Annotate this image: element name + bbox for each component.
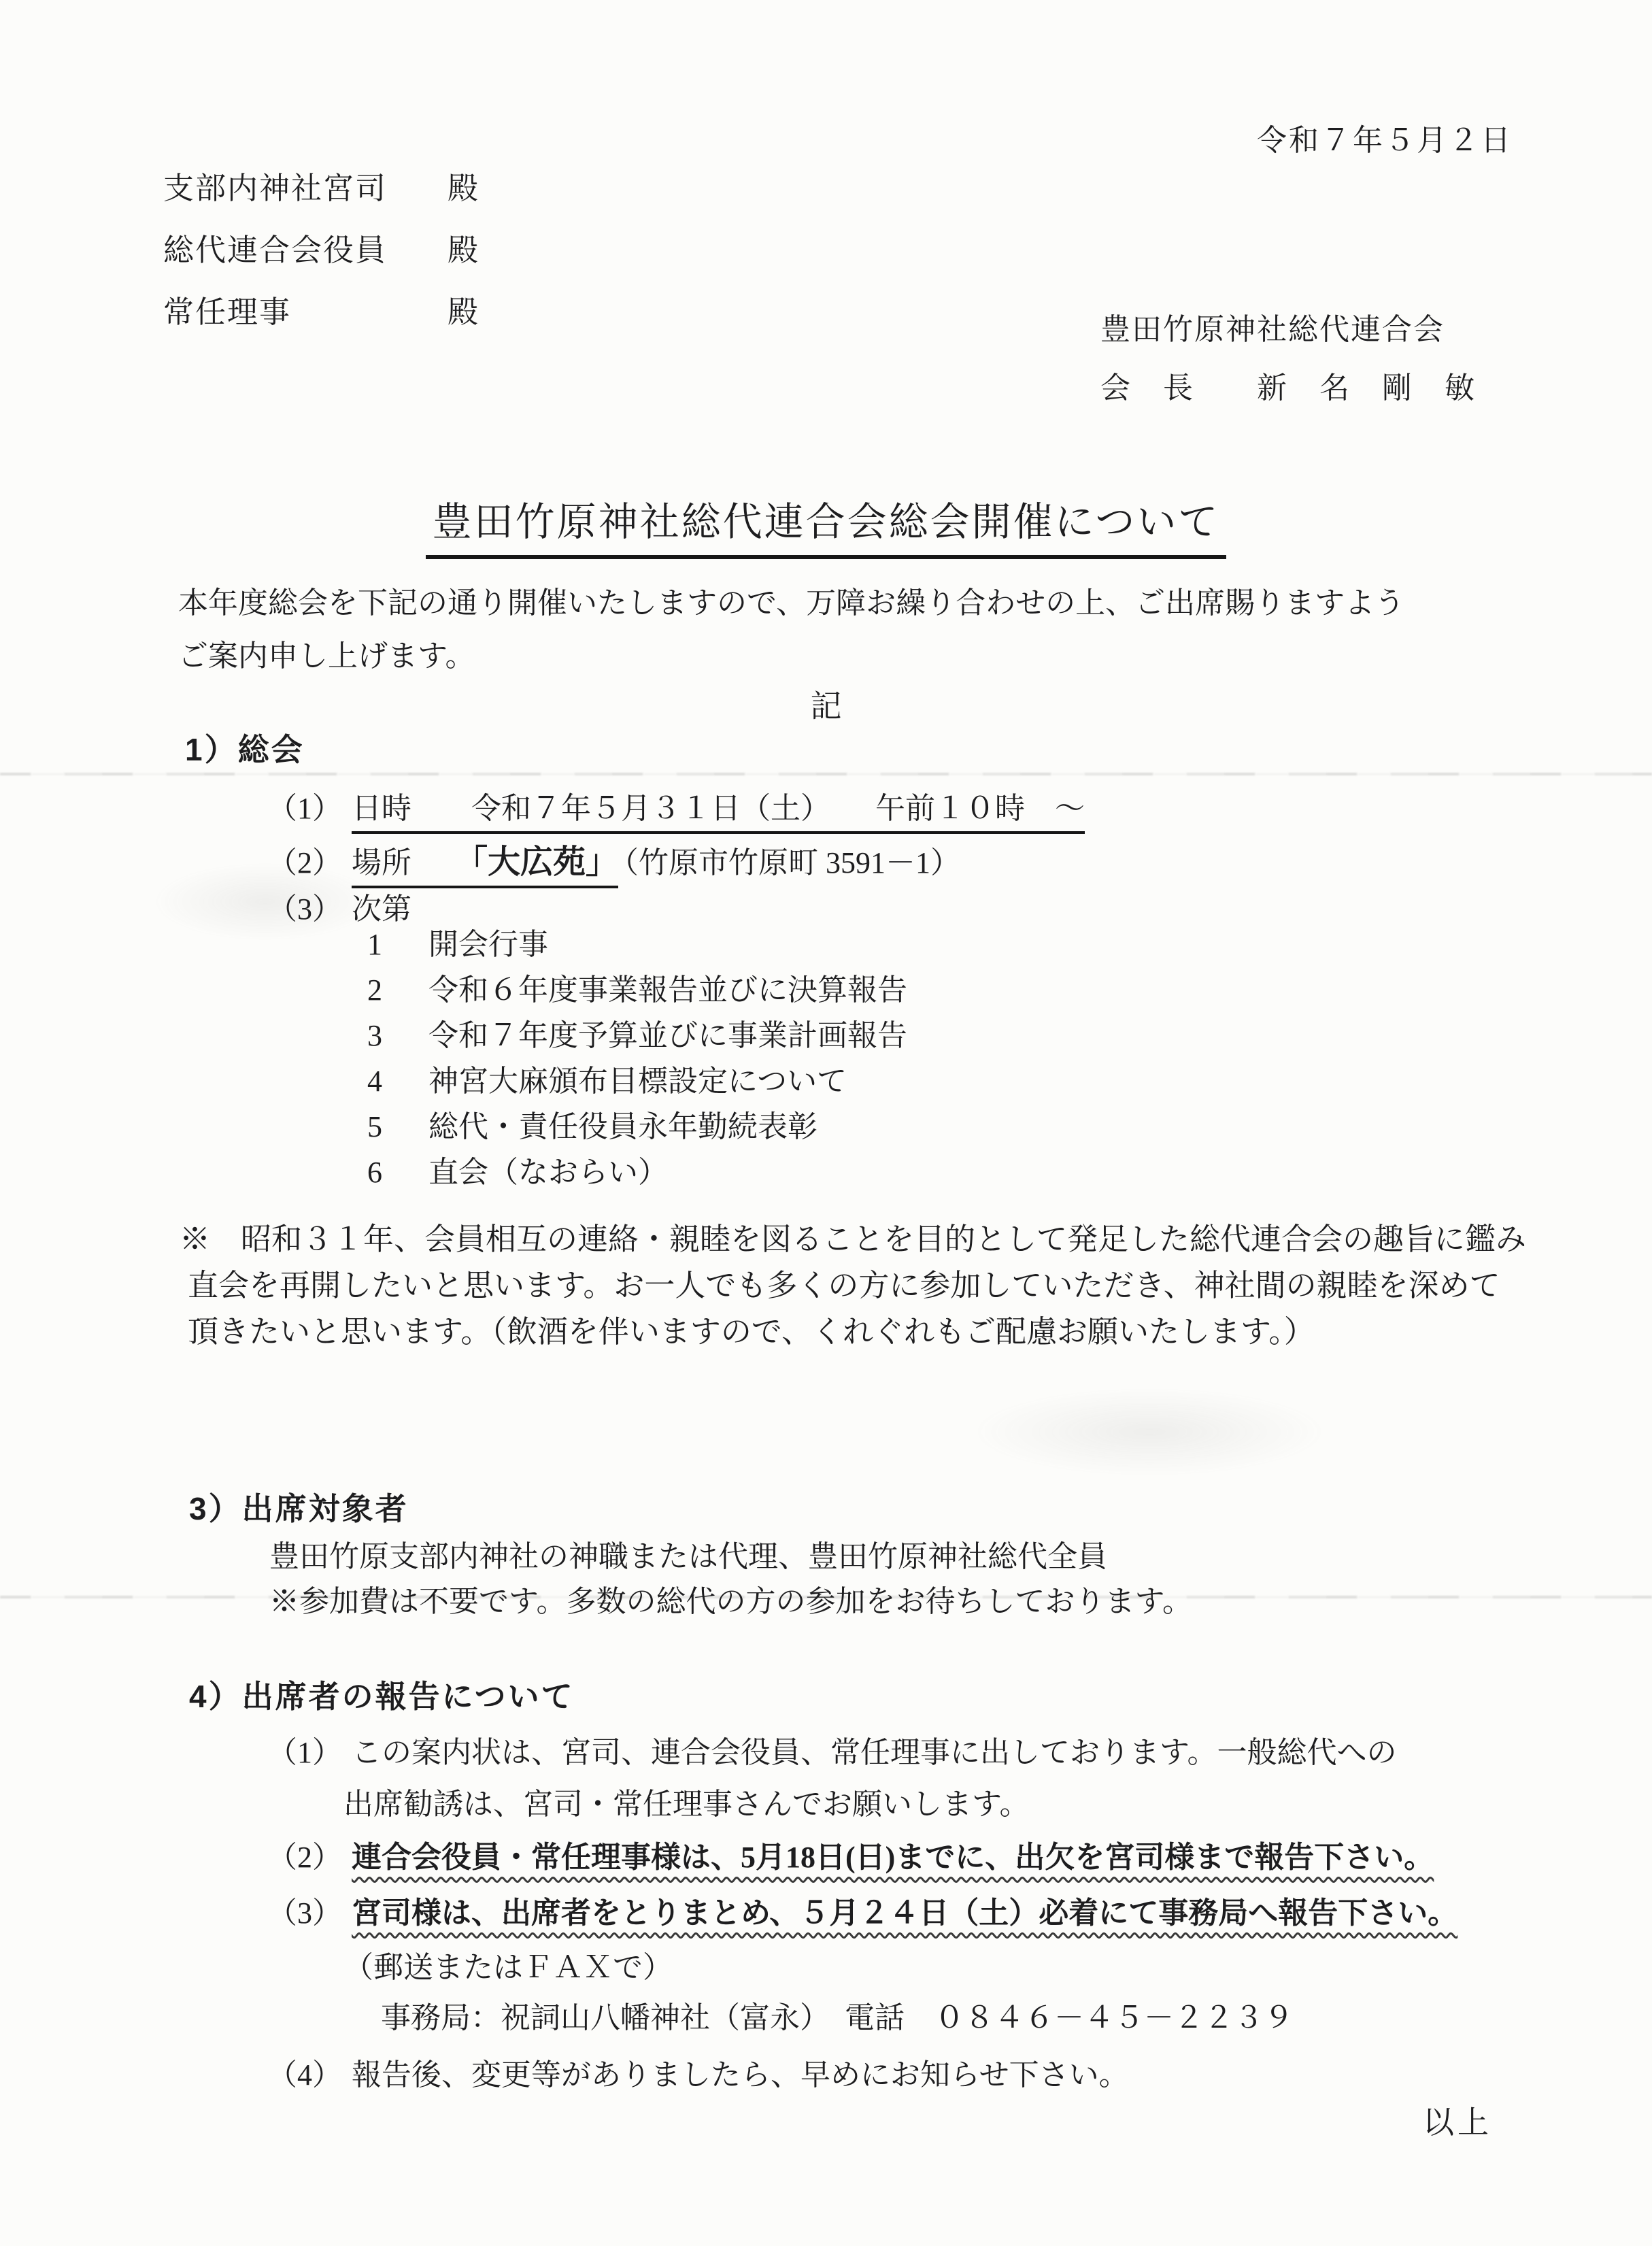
place-term: 場所	[352, 846, 471, 879]
document-title: 豊田竹原神社総代連合会総会開催について	[426, 490, 1227, 559]
recipient-name: 支部内神社宮司	[163, 163, 448, 207]
recipient-honorific: 殿	[448, 233, 479, 267]
agenda-item: 6直会（なおらい）	[367, 1147, 668, 1191]
item-label: （2）	[267, 1841, 342, 1874]
record-mark: 記	[0, 682, 1652, 726]
meeting-place-row: （2）場所 「大広苑」（竹原市竹原町 3591－1）	[267, 835, 960, 882]
agenda-text: 総代・責任役員永年勤続表彰	[428, 1110, 817, 1143]
paper-fold-crease	[0, 773, 1652, 775]
report-item-3: （3）宮司様は、出席者をとりまとめ、５月２４日（土）必着にて事務局へ報告下さい。	[267, 1888, 1457, 1932]
note-line: 直会を再開したいと思います。お一人でも多くの方に参加していただき、神社間の親睦を…	[180, 1262, 1526, 1309]
item-label: （4）	[267, 2058, 342, 2092]
agenda-text: 直会（なおらい）	[428, 1156, 668, 1189]
agenda-item: 2令和６年度事業報告並びに決算報告	[367, 965, 907, 1009]
report-item-1-continuation: 出席勧誘は、宮司・常任理事さんでお願いします。	[343, 1779, 1029, 1823]
sender-organization: 豊田竹原神社総代連合会	[1100, 305, 1476, 348]
report-item-1: （1）この案内状は、宮司、連合会役員、常任理事に出しております。一般総代への	[267, 1728, 1396, 1771]
meeting-datetime-row: （1）日時 令和７年５月３１日（土） 午前１０時 ～	[267, 784, 1085, 827]
agenda-number: 3	[367, 1018, 428, 1053]
scan-smudge	[973, 1388, 1326, 1476]
agenda-number: 1	[367, 927, 428, 962]
mail-or-fax-note: （郵送またはＦＡＸで）	[343, 1943, 673, 1986]
report-item-2: （2）連合会役員・常任理事様は、5月18日(日)までに、出欠を宮司様まで報告下さ…	[267, 1832, 1434, 1876]
report-item-3-text: 宮司様は、出席者をとりまとめ、５月２４日（土）必着にて事務局へ報告下さい。	[352, 1896, 1457, 1930]
section-heading-report: 4）出席者の報告について	[189, 1672, 575, 1717]
note-line: ※ 昭和３１年、会員相互の連絡・親睦を図ることを目的として発足した総代連合会の趣…	[180, 1216, 1526, 1262]
recipient-honorific: 殿	[448, 171, 479, 205]
meeting-datetime: 日時 令和７年５月３１日（土） 午前１０時 ～	[352, 792, 1085, 834]
agenda-number: 6	[367, 1155, 428, 1190]
item-label: （3）	[267, 1896, 342, 1930]
agenda-text: 開会行事	[428, 928, 548, 961]
office-contact-line: 事務局：祝詞山八幡神社（富永） 電話 ０８４６－４５－２２３９	[381, 1993, 1294, 2037]
section-heading-attendees: 3）出席対象者	[189, 1484, 409, 1529]
place-name: 「大広苑」	[471, 844, 618, 880]
report-item-1-text: この案内状は、宮司、連合会役員、常任理事に出しております。一般総代への	[352, 1736, 1396, 1769]
agenda-text: 神宮大麻頒布目標設定について	[428, 1065, 847, 1098]
recipient-row: 支部内神社宮司殿	[163, 163, 479, 207]
note-line: 頂きたいと思います。（飲酒を伴いますので、くれぐれもご配慮お願いたします。）	[180, 1309, 1526, 1355]
agenda-number: 4	[367, 1064, 428, 1099]
recipient-name: 常任理事	[163, 287, 448, 331]
agenda-item: 4神宮大麻頒布目標設定について	[367, 1056, 847, 1100]
agenda-item: 3令和７年度予算並びに事業計画報告	[367, 1011, 907, 1054]
item-label: （1）	[267, 792, 342, 825]
report-item-2-text: 連合会役員・常任理事様は、5月18日(日)までに、出欠を宮司様まで報告下さい。	[352, 1841, 1434, 1874]
recipient-row: 総代連合会役員殿	[163, 225, 479, 269]
recipient-block: 支部内神社宮司殿 総代連合会役員殿 常任理事殿	[163, 163, 479, 349]
intro-line: 本年度総会を下記の通り開催いたしますので、万障お繰り合わせの上、ご出席賜りますよ…	[178, 577, 1404, 630]
scanned-notice-document: 令和７年５月２日 支部内神社宮司殿 総代連合会役員殿 常任理事殿 豊田竹原神社総…	[0, 0, 1652, 2246]
intro-line: ご案内申し上げます。	[178, 630, 1404, 683]
document-title-row: 豊田竹原神社総代連合会総会開催について	[0, 490, 1652, 559]
section-heading-meeting: 1）総会	[185, 725, 305, 770]
attendees-fee-note: ※参加費は不要です。多数の総代の方の参加をお待ちしております。	[269, 1577, 1192, 1620]
agenda-item: 1開会行事	[367, 920, 548, 963]
sender-block: 豊田竹原神社総代連合会 会 長 新 名 剛 敏	[1100, 305, 1476, 422]
naorai-note-paragraph: ※ 昭和３１年、会員相互の連絡・親睦を図ることを目的として発足した総代連合会の趣…	[180, 1216, 1526, 1355]
place-address: （竹原市竹原町 3591－1）	[624, 846, 960, 879]
report-item-4: （4）報告後、変更等がありましたら、早めにお知らせ下さい。	[267, 2050, 1129, 2094]
intro-paragraph: 本年度総会を下記の通り開催いたしますので、万障お繰り合わせの上、ご出席賜りますよ…	[178, 577, 1404, 683]
recipient-row: 常任理事殿	[163, 287, 479, 331]
closing-mark: 以上	[1423, 2098, 1492, 2143]
agenda-item: 5総代・責任役員永年勤続表彰	[367, 1102, 817, 1145]
attendees-line: 豊田竹原支部内神社の神職または代理、豊田竹原神社総代全員	[269, 1532, 1107, 1575]
item-label: （3）	[267, 892, 342, 926]
agenda-text: 令和６年度事業報告並びに決算報告	[428, 973, 907, 1007]
issue-date: 令和７年５月２日	[1257, 116, 1513, 159]
meeting-place: 場所 「大広苑」	[352, 846, 618, 888]
agenda-number: 5	[367, 1109, 428, 1144]
report-item-4-text: 報告後、変更等がありましたら、早めにお知らせ下さい。	[352, 2058, 1129, 2092]
sender-chairman-name: 会 長 新 名 剛 敏	[1100, 363, 1476, 407]
agenda-text: 令和７年度予算並びに事業計画報告	[428, 1019, 907, 1052]
recipient-name: 総代連合会役員	[163, 225, 448, 269]
item-label: （2）	[267, 846, 342, 879]
agenda-number: 2	[367, 973, 428, 1007]
recipient-honorific: 殿	[448, 295, 479, 329]
item-label: （1）	[267, 1736, 342, 1769]
